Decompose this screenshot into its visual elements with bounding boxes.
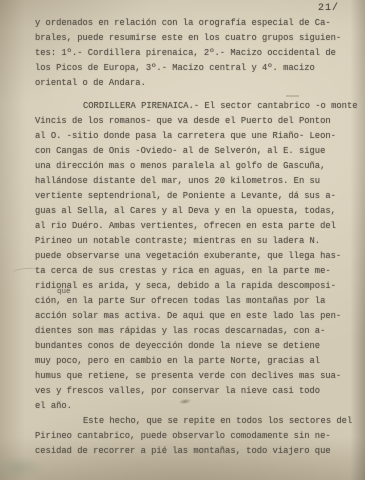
- text-line: vertiente septendrional, de Poniente a L…: [35, 189, 355, 204]
- text-line: al rio Duéro. Ambas vertientes, ofrecen …: [35, 219, 355, 234]
- document-page: 21/ y ordenados en relación con la orogr…: [0, 0, 365, 480]
- text-line: humus que retiene, se presenta verde con…: [35, 369, 355, 384]
- paragraph-2: CORDILLERA PIRENAICA.- El sector cantabr…: [35, 99, 355, 414]
- text-line: y ordenados en relación con la orografía…: [35, 16, 355, 31]
- margin-dash: [286, 95, 299, 97]
- text-line: hallándose distante del mar, unos 20 kil…: [35, 174, 355, 189]
- text-line: bundantes conos de deyección donde la ni…: [35, 339, 355, 354]
- text-line: guas al Sella, al Cares y al Deva y en l…: [35, 204, 355, 219]
- text-line: el año.: [35, 399, 355, 414]
- text-line: al O. -sitio donde pasa la carretera que…: [35, 129, 355, 144]
- text-line: CORDILLERA PIRENAICA.- El sector cantabr…: [35, 99, 355, 114]
- text-line: ta cerca de sus crestas y rica en aguas,…: [35, 264, 355, 279]
- corner-stain: [0, 456, 44, 480]
- text-line: tes: 1º.- Cordillera pirenaica, 2º.- Mac…: [35, 46, 355, 61]
- text-line: puede observarse una vegetación exuberan…: [35, 249, 355, 264]
- text-line: Este hecho, que se repite en todos los s…: [35, 414, 355, 429]
- typewritten-text: y ordenados en relación con la orografía…: [35, 16, 355, 459]
- paragraph-3: Este hecho, que se repite en todos los s…: [35, 414, 355, 459]
- text-line: con Cangas de Onis -Oviedo- al de Selver…: [35, 144, 355, 159]
- text-line: brales, puede resumirse este en los cuat…: [35, 31, 355, 46]
- text-line: ción, en la parte Sur ofrecen todas las …: [35, 294, 355, 309]
- text-line: una dirección mas o menos paralela al go…: [35, 159, 355, 174]
- text-line: Vincis de los romanos- que va desde el P…: [35, 114, 355, 129]
- text-line: Pirineo un notable contraste; mientras e…: [35, 234, 355, 249]
- text-line: ridional es arida, y seca, debido a la r…: [35, 279, 355, 294]
- interlined-correction: que: [57, 288, 71, 296]
- page-number: 21/: [318, 3, 339, 14]
- text-line: muy poco, pero en cambio en la parte Nor…: [35, 354, 355, 369]
- text-line: acción solar mas activa. De aqui que en …: [35, 309, 355, 324]
- text-line: ves y frescos valles, por conservar la n…: [35, 384, 355, 399]
- text-line: oriental o de Andara.: [35, 76, 355, 91]
- text-line: dientes son mas rápidas y las rocas desc…: [35, 324, 355, 339]
- text-line: Pirineo cantabrico, puede observarlo com…: [35, 429, 355, 444]
- paragraph-1: y ordenados en relación con la orografía…: [35, 16, 355, 91]
- text-line: cesidad de recorrer a pié las montañas, …: [35, 444, 355, 459]
- text-line: los Picos de Europa, 3º.- Macizo central…: [35, 61, 355, 76]
